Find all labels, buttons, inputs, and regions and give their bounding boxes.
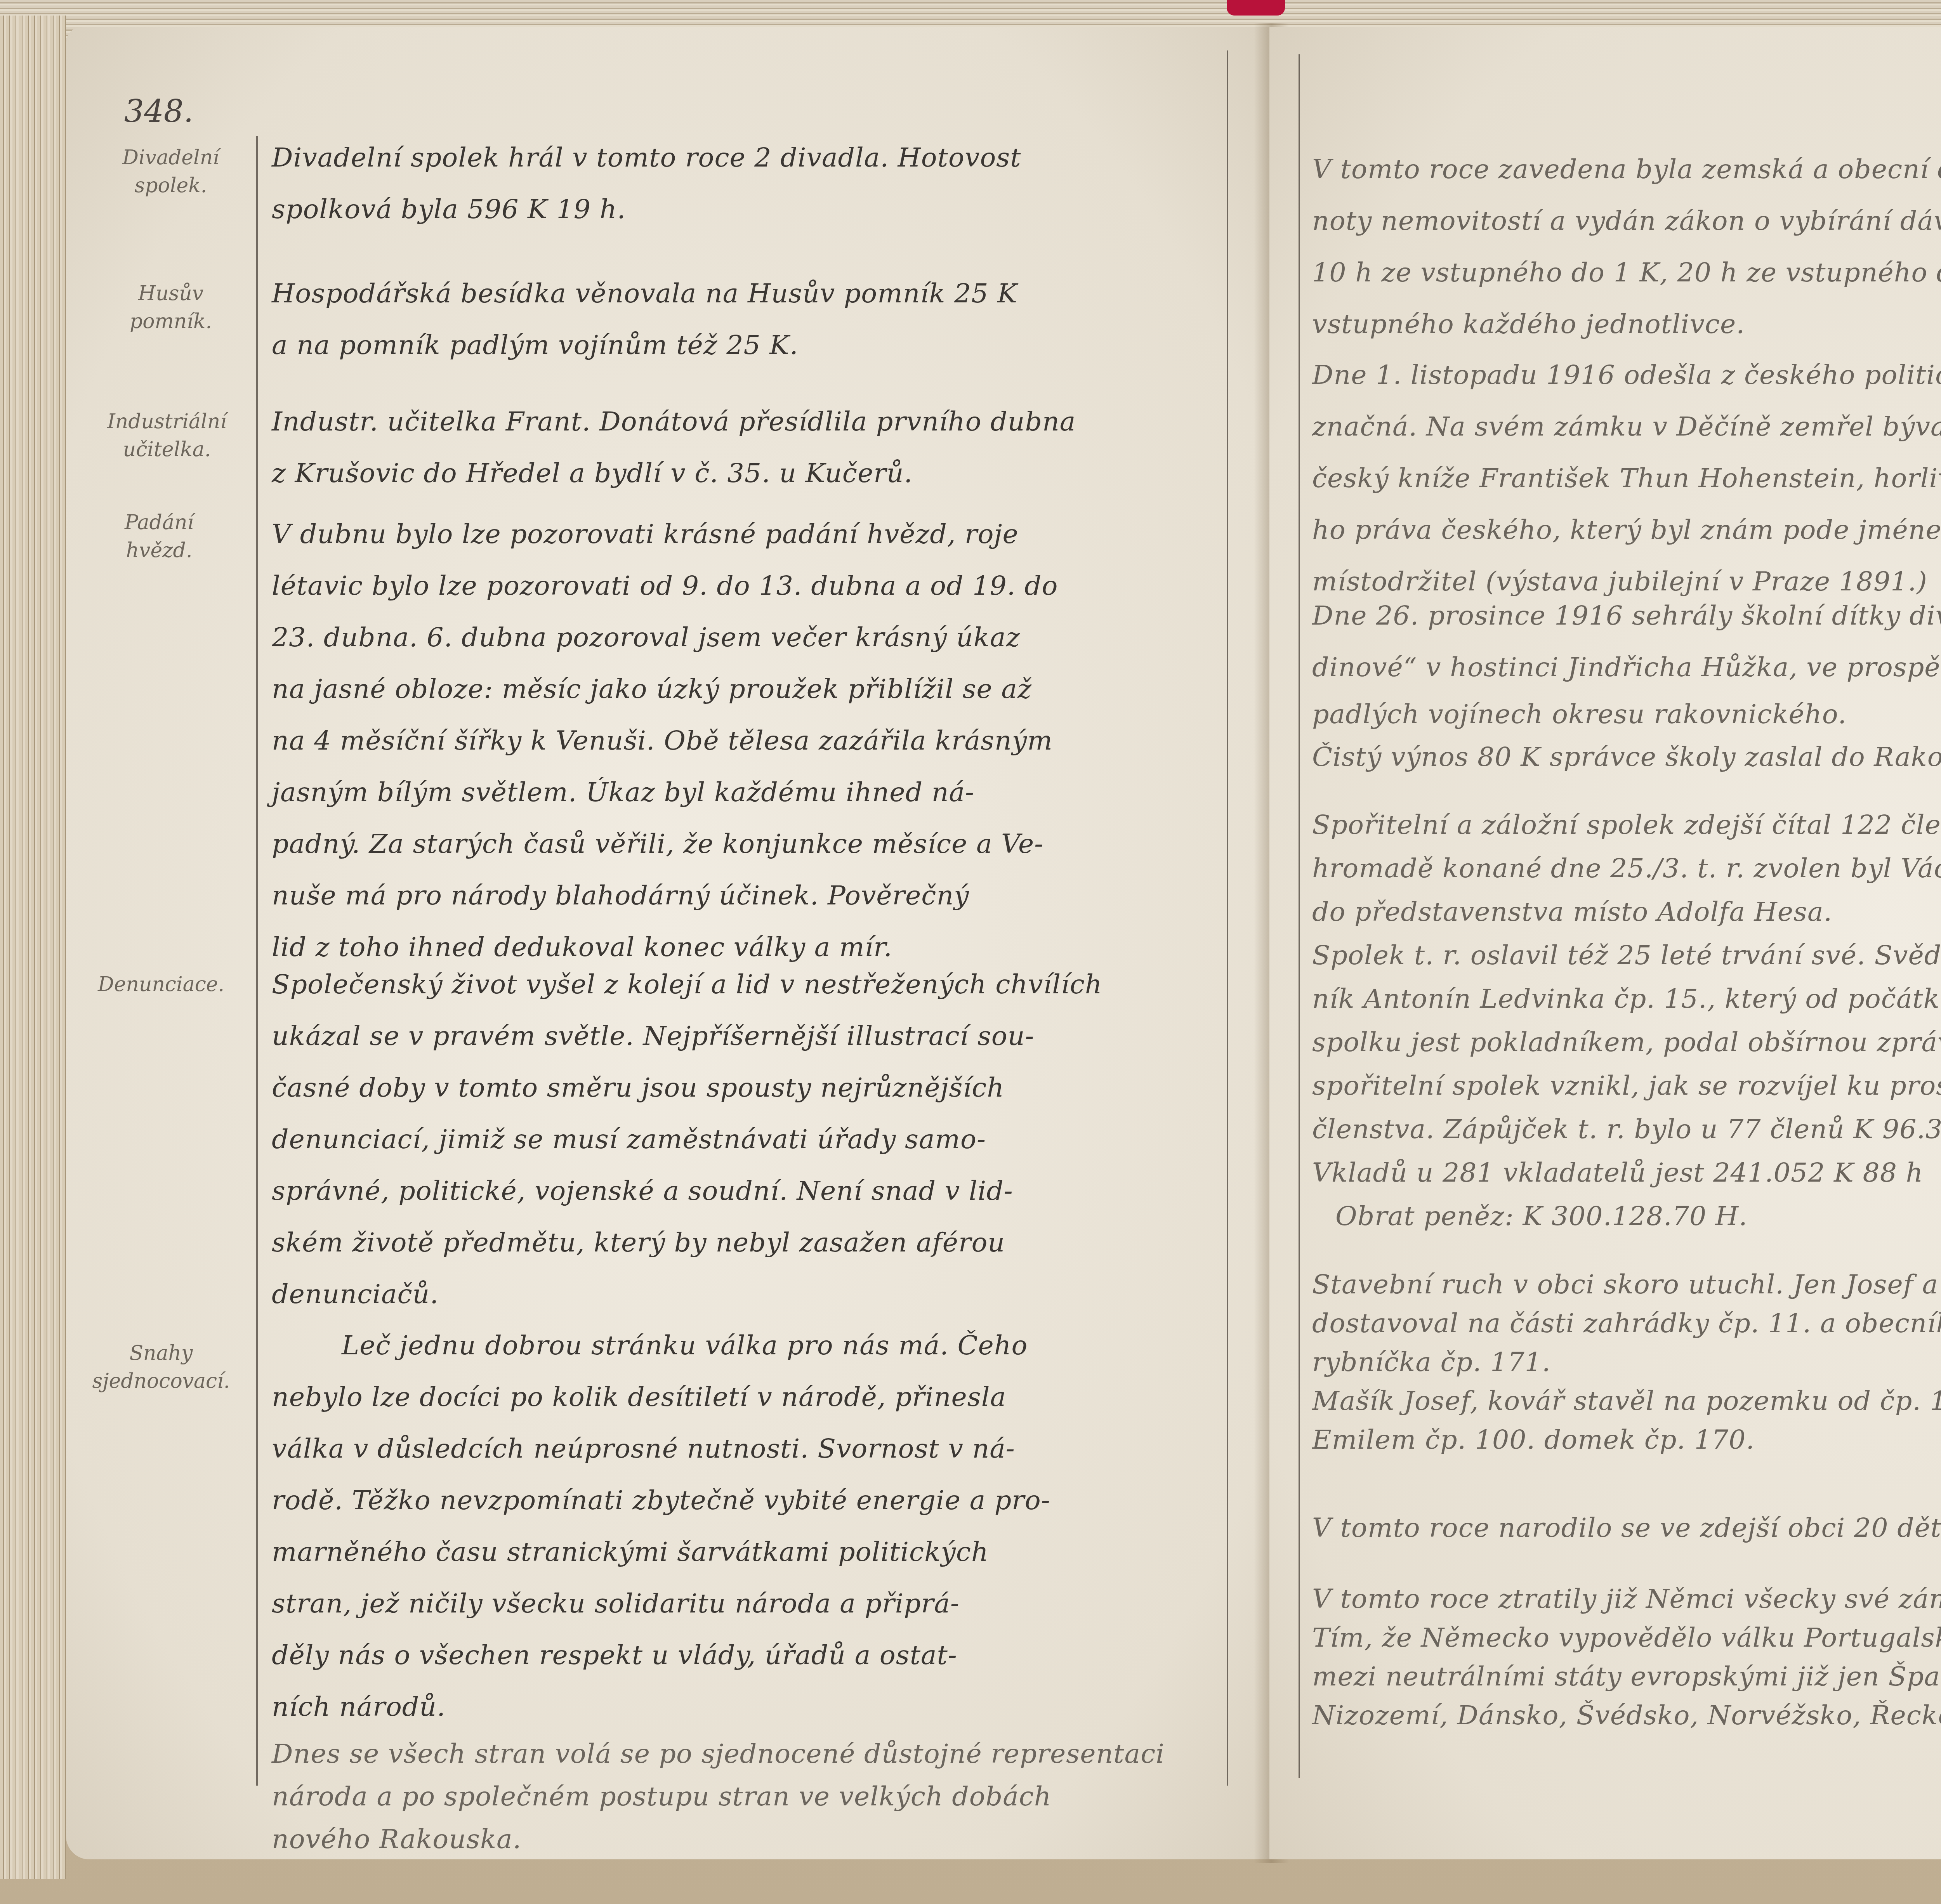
margin-label: Divadelní spolek. [93,144,248,200]
left-page: 348. Divadelní spolek. Divadelní spolek … [66,27,1269,1859]
entry-text: Společenský život vyšel z kolejí a lid v… [272,959,1102,1320]
entry-text: Divadelní spolek hrál v tomto roce 2 div… [272,132,1021,235]
left-outer-rule [1227,50,1228,1786]
right-inner-rule [1299,54,1300,1778]
left-margin-rule [256,136,258,1786]
margin-label: Denunciace. [74,970,248,998]
entry-text: V dubnu bylo lze pozorovati krásné padán… [272,509,1058,973]
entry-text: Stavební ruch v obci skoro utuchl. Jen J… [1312,1265,1941,1460]
entry-text: Hospodářská besídka věnovala na Husův po… [272,268,1017,371]
entry-text: V tomto roce zavedena byla zemská a obec… [1312,144,1941,350]
left-page-stack [0,16,66,1879]
page-number-left: 348. [124,93,193,129]
entry-text: Dne 1. listopadu 1916 odešla z českého p… [1312,349,1941,607]
ribbon-bookmark [1227,0,1285,16]
entry-text: Dne 26. prosince 1916 sehrály školní dít… [1312,590,1941,779]
margin-label: Padání hvězd. [82,509,237,564]
entry-text: V tomto roce ztratily již Němci všecky s… [1312,1580,1941,1735]
entry-text: Industr. učitelka Frant. Donátová přesíd… [272,396,1076,499]
right-page: 349. V tomto roce zavedena byla zemská a… [1269,27,1941,1859]
margin-label: Husův pomník. [93,279,248,335]
margin-label: Industriální učitelka. [82,408,252,463]
entry-text: Leč jednu dobrou stránku válka pro nás m… [272,1320,1165,1861]
open-book: 348. Divadelní spolek. Divadelní spolek … [0,0,1941,1904]
margin-label: Snahy sjednocovací. [70,1339,252,1395]
entry-text: Spořitelní a záložní spolek zdejší čítal… [1312,804,1941,1238]
entry-text: V tomto roce narodilo se ve zdejší obci … [1312,1502,1941,1554]
